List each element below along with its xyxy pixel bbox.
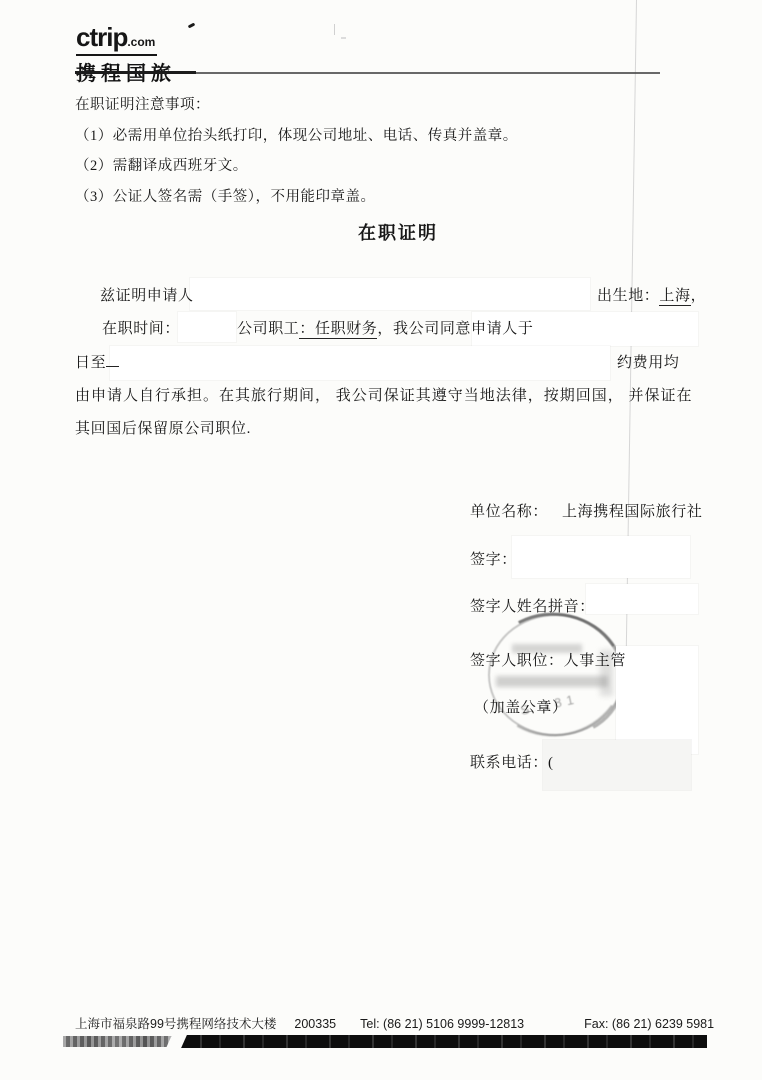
seal-note: （加盖公章） xyxy=(474,696,568,717)
body-line3-left: 日至 xyxy=(75,351,119,372)
footer-bar-gray-segment xyxy=(63,1036,173,1047)
scan-speck xyxy=(341,37,346,39)
line2-suffix: ，我公司同意申请人于 xyxy=(377,321,533,337)
notice-item: （2）需翻译成西班牙文。 xyxy=(75,151,518,182)
footer-fax: Fax: (86 21) 6239 5981 xyxy=(584,1017,714,1031)
ctrip-wordmark: ctrip.com xyxy=(76,22,157,56)
seal-text-smudge xyxy=(496,676,608,687)
footer-tel: Tel: (86 21) 5106 9999-12813 xyxy=(360,1017,524,1031)
phone-label: 联系电话： xyxy=(470,755,548,771)
scan-speck xyxy=(334,24,335,35)
company-name-label: 单位名称： xyxy=(470,504,548,520)
pinyin-label: 签字人姓名拼音： xyxy=(470,595,595,616)
logo-leaf-accent-icon xyxy=(188,23,196,29)
footer-address: 上海市福泉路99号携程网络技术大楼 xyxy=(75,1014,276,1032)
letterhead-rule-dark-segment xyxy=(75,71,196,74)
notice-item: （3）公证人签名需（手签），不用能印章盖。 xyxy=(75,182,518,213)
job-title-underlined: ：任职财务 xyxy=(299,321,377,339)
body-line3-right: 约费用均 xyxy=(617,351,679,372)
document-title: 在职证明 xyxy=(0,219,762,245)
blank-underline xyxy=(106,353,119,367)
redaction-applicant-name xyxy=(190,278,590,310)
birthplace-comma: ， xyxy=(691,288,707,304)
company-name-field: 单位名称：上海携程国际旅行社 xyxy=(470,500,702,521)
date-to-label: 日至 xyxy=(75,355,106,371)
redaction-employment-dates xyxy=(178,312,236,342)
footer-contact-line: 上海市福泉路99号携程网络技术大楼 200335 Tel: (86 21) 51… xyxy=(75,1014,715,1032)
position-value: 人事主管 xyxy=(564,653,626,669)
scanned-document-page: ctrip.com 携程国旅 在职证明注意事项： （1）必需用单位抬头纸打印，体… xyxy=(0,0,762,1080)
redaction-pinyin-name xyxy=(586,584,698,614)
body-line4: 由申请人自行承担。在其旅行期间， 我公司保证其遵守当地法律，按期回国， 并保证在 xyxy=(75,384,693,405)
body-line1-left: 兹证明申请人 xyxy=(100,284,194,305)
notice-item: （1）必需用单位抬头纸打印，体现公司地址、电话、传真并盖章。 xyxy=(75,121,518,152)
signature-label: 签字： xyxy=(470,548,517,569)
employee-prefix: 公司职工 xyxy=(237,321,299,337)
footer-postcode: 200335 xyxy=(294,1017,336,1031)
signer-position-field: 签字人职位：人事主管 xyxy=(470,649,626,670)
phone-visible-paren: ( xyxy=(548,755,554,771)
redaction-return-date xyxy=(110,346,610,380)
brand-domain-text: .com xyxy=(127,35,155,49)
position-label: 签字人职位： xyxy=(470,653,564,669)
notice-heading: 在职证明注意事项： xyxy=(75,90,518,121)
redaction-stamp-edge xyxy=(616,646,698,754)
company-name-value: 上海携程国际旅行社 xyxy=(562,504,702,520)
body-line2-mid: 公司职工：任职财务，我公司同意申请人于 xyxy=(237,317,533,338)
brand-text: ctrip xyxy=(76,22,127,52)
redaction-phone-number xyxy=(543,740,691,790)
notice-section: 在职证明注意事项： （1）必需用单位抬头纸打印，体现公司地址、电话、传真并盖章。… xyxy=(75,90,518,212)
contact-phone-field: 联系电话：( xyxy=(470,751,554,772)
birthplace-value: 上海 xyxy=(659,288,690,306)
body-line1-right: 出生地：上海， xyxy=(597,284,706,305)
employment-period-label: 在职时间： xyxy=(102,317,180,338)
redaction-signature xyxy=(512,536,690,578)
footer-bar-black xyxy=(178,1035,707,1048)
birthplace-label: 出生地： xyxy=(597,288,659,304)
ctrip-logo: ctrip.com 携程国旅 xyxy=(76,22,176,86)
body-line5: 其回国后保留原公司职位. xyxy=(75,417,251,438)
